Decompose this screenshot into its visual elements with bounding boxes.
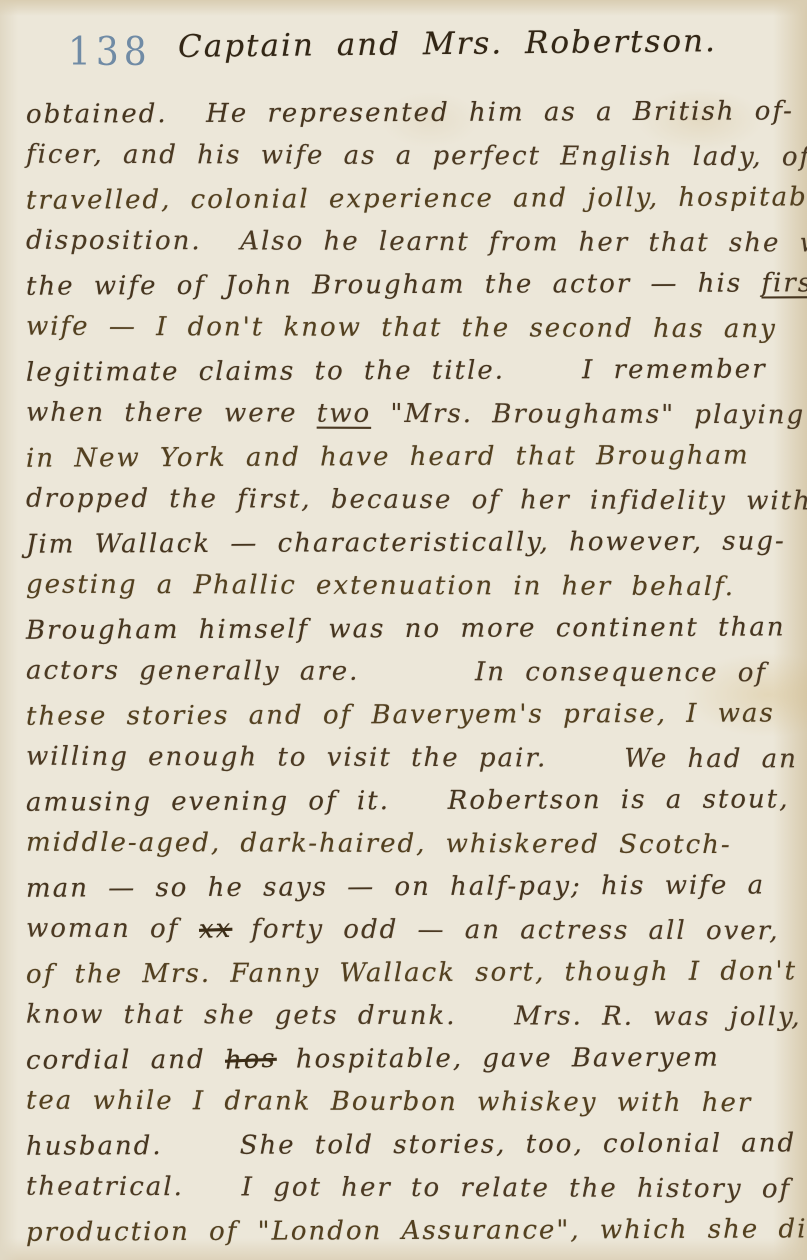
manuscript-line: tea while I drank Bourbon whiskey with h…: [26, 1080, 803, 1126]
manuscript-line: legitimate claims to the title. I rememb…: [26, 348, 803, 394]
manuscript-line: gesting a Phallic extenuation in her beh…: [26, 564, 803, 610]
manuscript-line: husband. She told stories, too, colonial…: [26, 1122, 803, 1168]
page-header: 138 Captain and Mrs. Robertson.: [0, 24, 807, 94]
manuscript-line: ficer, and his wife as a perfect English…: [26, 134, 803, 180]
manuscript-line: dropped the first, because of her infide…: [26, 478, 803, 524]
manuscript-line: production of "London Assurance", which …: [26, 1208, 803, 1254]
page-number-stamp: 138: [68, 30, 152, 74]
underlined-word: two: [317, 399, 371, 429]
page-title: Captain and Mrs. Robertson.: [178, 23, 717, 65]
manuscript-line: know that she gets drunk. Mrs. R. was jo…: [26, 994, 803, 1040]
manuscript-line: these stories and of Baveryem's praise, …: [26, 692, 803, 738]
manuscript-line: disposition. Also he learnt from her tha…: [26, 220, 803, 266]
manuscript-line: amusing evening of it. Robertson is a st…: [26, 778, 803, 824]
manuscript-line: theatrical. I got her to relate the hist…: [26, 1166, 803, 1212]
manuscript-line: in New York and have heard that Brougham: [26, 434, 803, 480]
manuscript-line: Jim Wallack — characteristically, howeve…: [26, 520, 803, 566]
manuscript-line: man — so he says — on half-pay; his wife…: [26, 864, 803, 910]
manuscript-line: cordial and hos hospitable, gave Baverye…: [26, 1036, 803, 1082]
manuscript-line: actors generally are. In consequence of: [26, 650, 803, 696]
manuscript-line: when there were two "Mrs. Broughams" pla…: [26, 392, 803, 438]
manuscript-lines: obtained. He represented him as a Britis…: [26, 92, 803, 1253]
manuscript-line: woman of xx forty odd — an actress all o…: [26, 908, 803, 954]
manuscript-line: the wife of John Brougham the actor — hi…: [26, 262, 803, 308]
manuscript-line: obtained. He represented him as a Britis…: [26, 90, 803, 136]
struck-out-word: hos: [224, 1038, 277, 1083]
manuscript-page: 138 Captain and Mrs. Robertson. obtained…: [0, 0, 807, 1260]
manuscript-line: of the Mrs. Fanny Wallack sort, though I…: [26, 950, 803, 996]
manuscript-line: Brougham himself was no more continent t…: [26, 606, 803, 652]
underlined-word: first: [761, 268, 807, 298]
manuscript-line: travelled, colonial experience and jolly…: [26, 176, 803, 222]
struck-out-word: xx: [198, 908, 233, 952]
manuscript-line: willing enough to visit the pair. We had…: [26, 736, 803, 782]
manuscript-line: middle-aged, dark-haired, whiskered Scot…: [26, 822, 803, 868]
manuscript-line: wife — I don't know that the second has …: [26, 306, 803, 352]
